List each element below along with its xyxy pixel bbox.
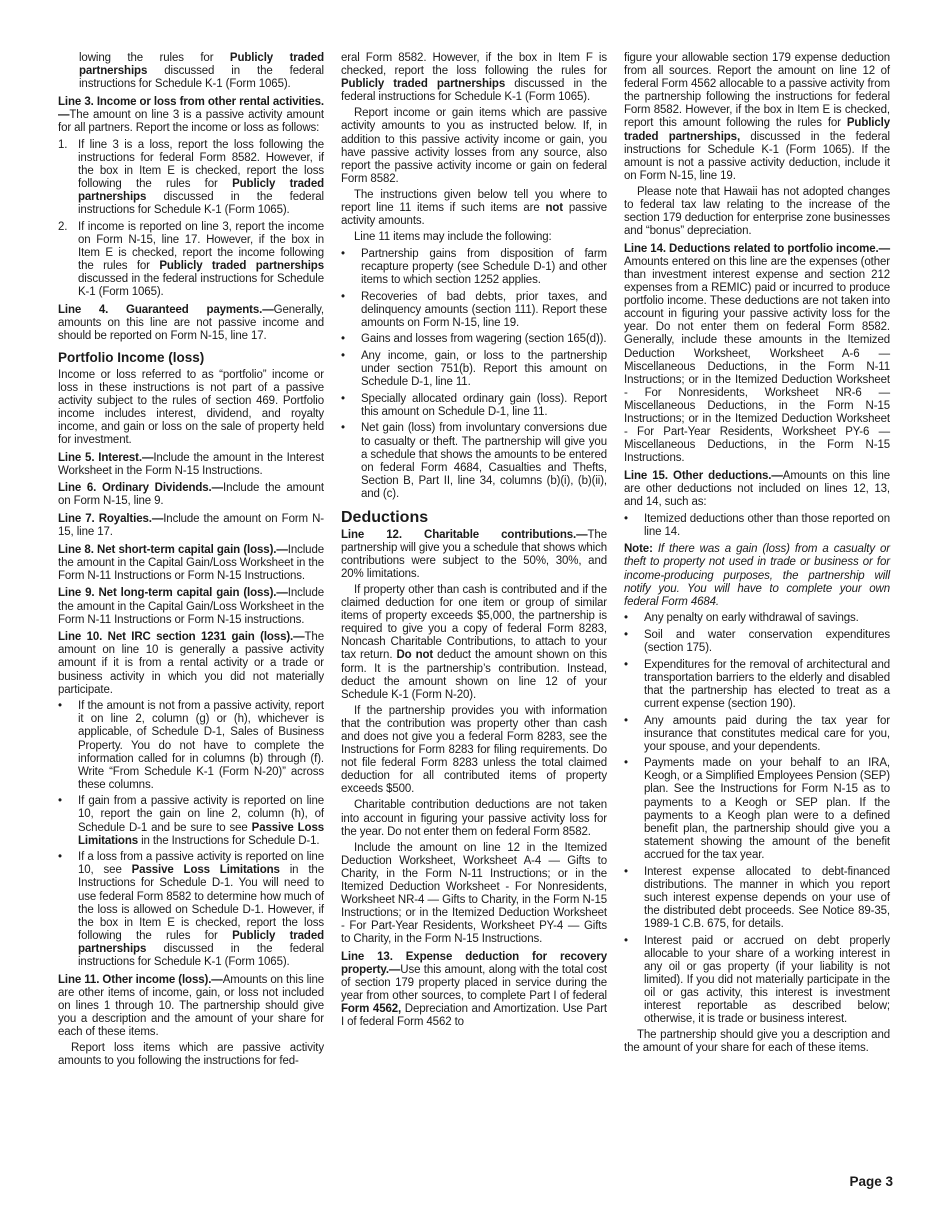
text-run: Report loss items which are passive acti…	[58, 1042, 324, 1067]
bullet-item: •Payments made on your behalf to an IRA,…	[624, 757, 890, 862]
bullet-item: •If the amount is not from a passive act…	[58, 700, 324, 792]
paragraph: Line 6. Ordinary Dividends.—Include the …	[58, 482, 324, 508]
paragraph: If the partnership provides you with inf…	[341, 705, 607, 797]
paragraph: The instructions given below tell you wh…	[341, 189, 607, 228]
text-run: Please note that Hawaii has not adopted …	[624, 186, 890, 237]
paragraph: Line 3. Income or loss from other rental…	[58, 96, 324, 135]
text-run: Publicly traded partnerships	[159, 260, 324, 272]
bullet-item: •Recoveries of bad debts, prior taxes, a…	[341, 291, 607, 330]
bullet-marker: •	[624, 612, 644, 625]
bullet-marker: •	[624, 757, 644, 770]
paragraph: Report loss items which are passive acti…	[58, 1042, 324, 1068]
bullet-item: •Specially allocated ordinary gain (loss…	[341, 393, 607, 419]
text-run: not	[545, 202, 563, 214]
text-run: The amount on line 3 is a passive activi…	[58, 109, 324, 134]
bullet-item: •Itemized deductions other than those re…	[624, 513, 890, 539]
text-run: Amounts entered on this line are the exp…	[624, 256, 890, 464]
text-run: in the Instructions for Schedule D-1.	[138, 835, 319, 847]
text-run: Line 15. Other deductions.—	[624, 470, 783, 482]
column-right: figure your allowable section 179 expens…	[624, 52, 890, 1068]
document-page: lowing the rules for Publicly traded par…	[0, 0, 950, 1230]
paragraph: Line 15. Other deductions.—Amounts on th…	[624, 470, 890, 509]
bullet-item: •Interest expense allocated to debt-fina…	[624, 866, 890, 931]
bullet-item: •If gain from a passive activity is repo…	[58, 795, 324, 847]
text-run: Line 11. Other income (loss).—	[58, 974, 223, 986]
bullet-marker: •	[58, 851, 78, 864]
text-run: eral Form 8582. However, if the box in I…	[341, 52, 607, 77]
text-run: The partnership should give you a descri…	[624, 1029, 890, 1054]
bullet-marker: •	[341, 291, 361, 304]
section-heading: Deductions	[341, 511, 607, 524]
numbered-item: 1.If line 3 is a loss, report the loss f…	[58, 139, 324, 218]
text-run: Line 11 items may include the following:	[354, 231, 552, 243]
text-run: Do not	[396, 649, 433, 661]
text-run: Itemized deductions other than those rep…	[644, 513, 890, 538]
paragraph: Line 11. Other income (loss).—Amounts on…	[58, 974, 324, 1039]
paragraph: Please note that Hawaii has not adopted …	[624, 186, 890, 238]
page-number: Page 3	[849, 1174, 893, 1189]
bullet-item: •Any income, gain, or loss to the partne…	[341, 350, 607, 389]
paragraph: Charitable contribution deductions are n…	[341, 799, 607, 838]
text-run: Form 4562,	[341, 1003, 401, 1015]
item-number: 1.	[58, 139, 78, 152]
content-columns: lowing the rules for Publicly traded par…	[58, 52, 890, 1068]
text-run: Line 14. Deductions related to portfolio…	[624, 243, 890, 255]
bullet-marker: •	[341, 333, 361, 346]
text-run: Line 9. Net long-term capital gain (loss…	[58, 587, 288, 599]
text-run: If there was a gain (loss) from a casual…	[624, 543, 890, 607]
continuation-paragraph: eral Form 8582. However, if the box in I…	[341, 52, 607, 104]
text-run: Specially allocated ordinary gain (loss)…	[361, 393, 607, 418]
paragraph: Line 7. Royalties.—Include the amount on…	[58, 513, 324, 539]
bullet-marker: •	[624, 513, 644, 526]
bullet-marker: •	[341, 350, 361, 363]
paragraph: Line 12. Charitable contributions.—The p…	[341, 529, 607, 581]
text-run: Interest paid or accrued on debt properl…	[644, 935, 890, 1026]
bullet-marker: •	[624, 659, 644, 672]
paragraph: If property other than cash is contribut…	[341, 584, 607, 702]
text-run: Payments made on your behalf to an IRA, …	[644, 757, 890, 861]
bullet-item: •Interest paid or accrued on debt proper…	[624, 935, 890, 1027]
bullet-item: •If a loss from a passive activity is re…	[58, 851, 324, 969]
text-run: Deductions	[341, 509, 428, 526]
text-run: Any income, gain, or loss to the partner…	[361, 350, 607, 388]
text-run: Publicly traded partnerships	[341, 78, 505, 90]
text-run: Partnership gains from disposition of fa…	[361, 248, 607, 286]
paragraph: Line 9. Net long-term capital gain (loss…	[58, 587, 324, 626]
text-run: lowing the rules for	[79, 52, 230, 64]
paragraph: The partnership should give you a descri…	[624, 1029, 890, 1055]
bullet-marker: •	[58, 700, 78, 713]
bullet-item: •Soil and water conservation expenditure…	[624, 629, 890, 655]
text-run: Any penalty on early withdrawal of savin…	[644, 612, 859, 624]
text-run: Soil and water conservation expenditures…	[644, 629, 890, 654]
text-run: discussed in the federal instructions fo…	[78, 273, 324, 298]
paragraph: Line 4. Guaranteed payments.—Generally, …	[58, 304, 324, 343]
bullet-item: •Expenditures for the removal of archite…	[624, 659, 890, 711]
text-run: Charitable contribution deductions are n…	[341, 799, 607, 837]
bullet-item: •Any amounts paid during the tax year fo…	[624, 715, 890, 754]
bullet-marker: •	[341, 393, 361, 406]
text-run: If the partnership provides you with inf…	[341, 705, 607, 796]
note-paragraph: Note: If there was a gain (loss) from a …	[624, 543, 890, 608]
bullet-marker: •	[624, 715, 644, 728]
text-run: Recoveries of bad debts, prior taxes, an…	[361, 291, 607, 329]
text-run: Expenditures for the removal of architec…	[644, 659, 890, 710]
paragraph: Line 5. Interest.—Include the amount in …	[58, 452, 324, 478]
continuation-paragraph: lowing the rules for Publicly traded par…	[79, 52, 324, 91]
column-middle: eral Form 8582. However, if the box in I…	[341, 52, 607, 1068]
text-run: Interest expense allocated to debt-finan…	[644, 866, 890, 930]
bullet-item: •Gains and losses from wagering (section…	[341, 333, 607, 346]
text-run: Report income or gain items which are pa…	[341, 107, 607, 184]
bullet-item: •Any penalty on early withdrawal of savi…	[624, 612, 890, 625]
column-left: lowing the rules for Publicly traded par…	[58, 52, 324, 1068]
paragraph: Income or loss referred to as “portfolio…	[58, 369, 324, 448]
bullet-marker: •	[624, 935, 644, 948]
item-number: 2.	[58, 221, 78, 234]
text-run: Line 8. Net short-term capital gain (los…	[58, 544, 288, 556]
text-run: Line 6. Ordinary Dividends.—	[58, 482, 223, 494]
subsection-heading: Portfolio Income (loss)	[58, 351, 324, 364]
numbered-item: 2.If income is reported on line 3, repor…	[58, 221, 324, 300]
continuation-paragraph: figure your allowable section 179 expens…	[624, 52, 890, 183]
paragraph: Line 8. Net short-term capital gain (los…	[58, 544, 324, 583]
bullet-marker: •	[624, 629, 644, 642]
text-run: If the amount is not from a passive acti…	[78, 700, 324, 791]
text-run: Any amounts paid during the tax year for…	[644, 715, 890, 753]
paragraph: Line 14. Deductions related to portfolio…	[624, 243, 890, 466]
text-run: Note:	[624, 543, 653, 555]
paragraph: Report income or gain items which are pa…	[341, 107, 607, 186]
text-run: Income or loss referred to as “portfolio…	[58, 369, 324, 446]
text-run: Gains and losses from wagering (section …	[361, 333, 606, 345]
bullet-item: •Partnership gains from disposition of f…	[341, 248, 607, 287]
bullet-marker: •	[341, 248, 361, 261]
text-run: Line 12. Charitable contributions.—	[341, 529, 588, 541]
text-run: Line 5. Interest.—	[58, 452, 153, 464]
text-run: Passive Loss Limitations	[132, 864, 280, 876]
text-run: Line 4. Guaranteed payments.—	[58, 304, 274, 316]
text-run: Line 10. Net IRC section 1231 gain (loss…	[58, 631, 305, 643]
bullet-marker: •	[624, 866, 644, 879]
text-run: Net gain (loss) from involuntary convers…	[361, 422, 607, 499]
text-run: Include the amount on line 12 in the Ite…	[341, 842, 607, 946]
paragraph: Line 10. Net IRC section 1231 gain (loss…	[58, 631, 324, 696]
bullet-item: •Net gain (loss) from involuntary conver…	[341, 422, 607, 501]
text-run: Line 7. Royalties.—	[58, 513, 163, 525]
bullet-marker: •	[58, 795, 78, 808]
bullet-marker: •	[341, 422, 361, 435]
text-run: Portfolio Income (loss)	[58, 350, 204, 365]
paragraph: Line 11 items may include the following:	[341, 231, 607, 244]
paragraph: Include the amount on line 12 in the Ite…	[341, 842, 607, 947]
paragraph: Line 13. Expense deduction for recovery …	[341, 951, 607, 1030]
